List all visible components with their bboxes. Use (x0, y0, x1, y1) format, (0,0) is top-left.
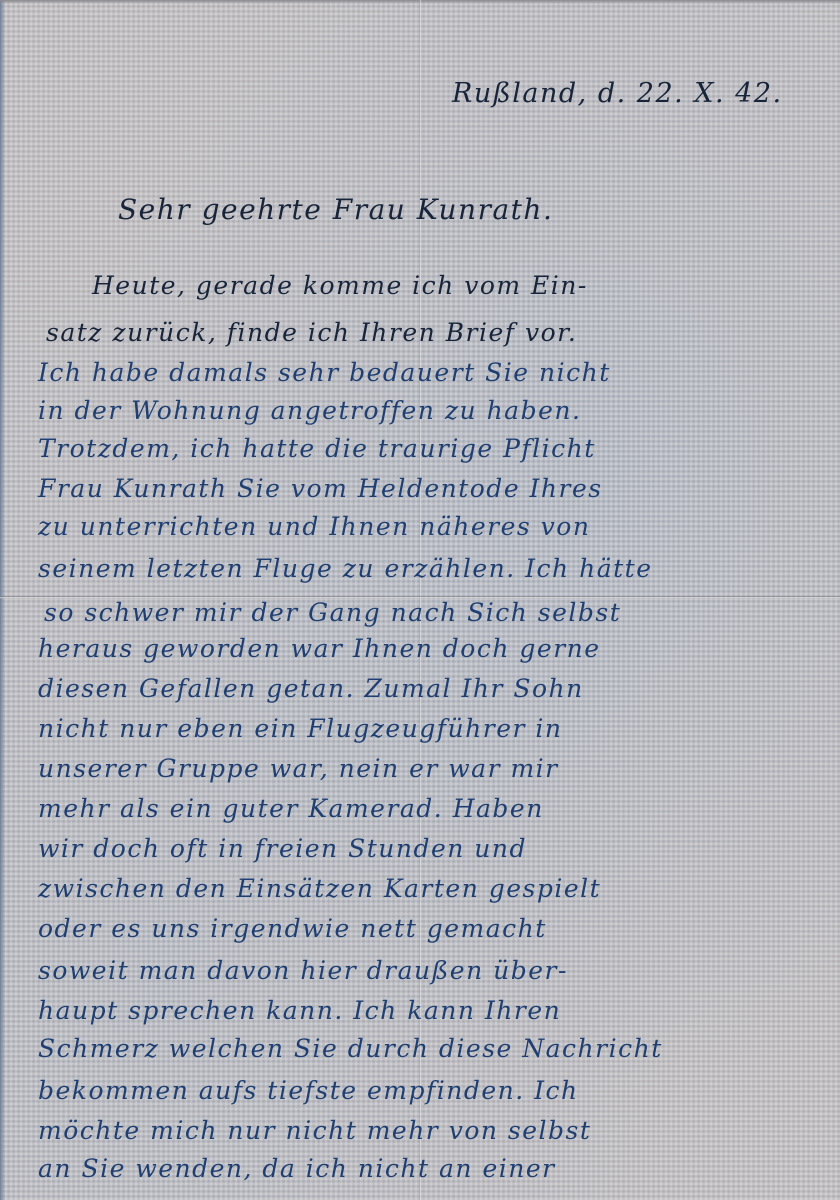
body-line: soweit man davon hier draußen über- (38, 958, 568, 983)
body-line: nicht nur eben ein Flugzeugführer in (38, 716, 562, 741)
body-line: mehr als ein guter Kamerad. Haben (38, 796, 544, 821)
body-line: in der Wohnung angetroffen zu haben. (38, 398, 581, 423)
body-line: zwischen den Einsätzen Karten gespielt (38, 876, 601, 901)
body-line: Ich habe damals sehr bedauert Sie nicht (38, 360, 611, 385)
body-line: so schwer mir der Gang nach Sich selbst (44, 600, 621, 625)
paper-edge-left (0, 0, 5, 1200)
body-line: Heute, gerade komme ich vom Ein- (92, 273, 588, 298)
body-line: unserer Gruppe war, nein er war mir (38, 756, 559, 781)
body-line: seinem letzten Fluge zu erzählen. Ich hä… (38, 556, 653, 581)
date-line: Rußland, d. 22. X. 42. (452, 80, 783, 107)
body-line: haupt sprechen kann. Ich kann Ihren (38, 998, 561, 1023)
body-line: zu unterrichten und Ihnen näheres von (38, 514, 590, 539)
body-line: Frau Kunrath Sie vom Heldentode Ihres (38, 476, 603, 501)
body-line: satz zurück, finde ich Ihren Brief vor. (46, 320, 577, 345)
body-line: Trotzdem, ich hatte die traurige Pflicht (38, 436, 596, 461)
body-line: oder es uns irgendwie nett gemacht (38, 916, 547, 941)
salutation: Sehr geehrte Frau Kunrath. (118, 196, 553, 224)
body-line: heraus geworden war Ihnen doch gerne (38, 636, 601, 661)
body-line: Schmerz welchen Sie durch diese Nachrich… (38, 1036, 663, 1061)
body-line: diesen Gefallen getan. Zumal Ihr Sohn (38, 676, 584, 701)
body-line: wir doch oft in freien Stunden und (38, 836, 527, 861)
body-line: möchte mich nur nicht mehr von selbst (38, 1118, 591, 1143)
body-line: an Sie wenden, da ich nicht an einer (38, 1156, 556, 1181)
body-line: bekommen aufs tiefste empfinden. Ich (38, 1078, 579, 1103)
